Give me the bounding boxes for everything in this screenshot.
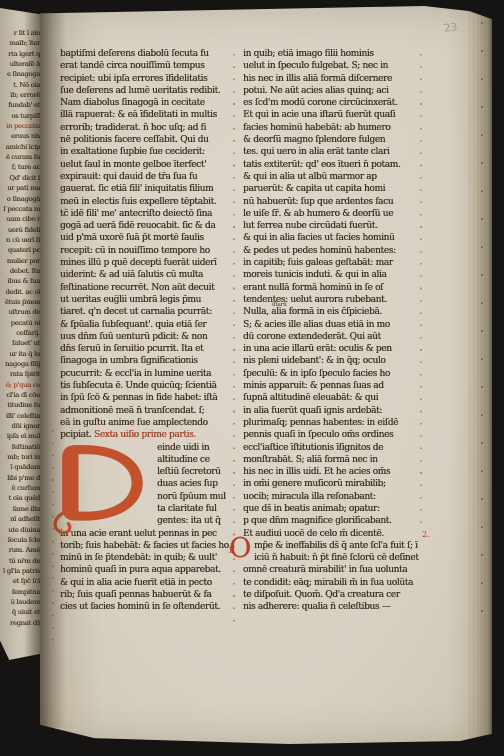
text-line: rib; ſuis quaſi pennas habuerūt & fa xyxy=(60,589,240,601)
text-line: expirauit: qui dauid de tr̄a ſua fu xyxy=(60,171,240,183)
text-line: paruerūt: & capita ut capita homi xyxy=(243,183,423,195)
text-line: einde uidi in xyxy=(157,442,240,454)
text-line: Et audiui uocē de celo m̄ dicentē. xyxy=(243,528,423,540)
text-line: eccl'iaſtice īſtitutionis īſignitos de xyxy=(243,442,423,454)
book-fore-edge xyxy=(466,6,492,744)
text-line: gogā ad uerā fidē reuocabit. ſic & da xyxy=(60,220,240,232)
text-line: tendentes: uelut aurora rubebant. xyxy=(243,294,423,306)
text-line: plurimaſq; pennas habentes: in eiſdē xyxy=(243,417,423,429)
text-line: ſue deſerens ad lumē ueritatis redibit. xyxy=(60,85,240,97)
text-line: monſtrabāt. S; aliā formā nec in xyxy=(243,454,423,466)
text-line: admonitionē meā n̄ tranſcendat. ſ; xyxy=(60,405,240,417)
margin-mark-2: 2. xyxy=(422,530,430,539)
initial-d xyxy=(53,440,155,536)
text-line: ſame illu xyxy=(0,504,40,514)
text-line: dū corone extendederāt. Qui aūt xyxy=(243,331,423,343)
text-line: uam cibo r xyxy=(0,214,40,224)
text-line: ū laudem xyxy=(0,597,40,607)
text-line: pcucurrit: & eccl'ia in lumine uerita xyxy=(60,368,240,380)
text-line: gentes: ita ut q̄ xyxy=(157,515,240,527)
text-line: moreis tunicis induti. & qui in alia xyxy=(243,269,423,281)
text-line: dn̄s ſeruū in ſeruitio pcurrit. Ita et xyxy=(60,343,240,355)
text-line: leſtiū ſecretorū xyxy=(157,466,240,478)
text-line: uid p'mā uxorē ſuā p̄t mortē ſaulis xyxy=(60,232,240,244)
text-line: ſempitna xyxy=(0,587,40,597)
text-line: nagoga filij xyxy=(0,359,40,369)
text-line: q̄ uiuit et xyxy=(0,607,40,617)
text-line: tis ſubſecuta ē. Unde quicūq; ſcientiā xyxy=(60,380,240,392)
text-line: duas acies ſup xyxy=(157,478,240,490)
text-line: nē politionis facere ceſſabit. Qui du xyxy=(60,134,240,146)
text-line: ſinagoga in umbra ſignificationis xyxy=(60,355,240,367)
text-line: & qui in alia facies ut facies hominū xyxy=(243,232,423,244)
text-column-right: O in quib; etiā imago filii hominisuelut… xyxy=(243,48,423,614)
manuscript-photo: r ſit ī aīomaīb; īterrta īgert qulteraſē… xyxy=(0,0,504,756)
text-line: dedit. ac oī xyxy=(0,287,40,297)
text-line: ō; p'qua ca xyxy=(0,380,40,390)
text-line: erat tandē circa nouiſſimū tempus xyxy=(60,60,240,72)
text-line: illā rapuerat: & eā īfidelitati in multi… xyxy=(60,109,240,121)
text-line: ta claritate ful xyxy=(157,503,240,515)
text-line: nis adherere: qualia n̄ celeſtibus — xyxy=(243,601,423,613)
folio-number: 23 xyxy=(443,21,458,35)
text-line: nī adheſit xyxy=(0,514,40,524)
text-line: rata ſpirit xyxy=(0,369,40,379)
text-segment: in peccatis xyxy=(6,122,40,130)
text-line: & qui in alia acie fuerīt etiā in pecto xyxy=(60,577,240,589)
text-line: norū ſpūum mul xyxy=(157,491,240,503)
text-line: quaterī pc xyxy=(0,245,40,255)
text-column-left: baptiſmi deſerens diabolū ſecuta fuerat … xyxy=(60,48,240,614)
text-line: mulier por xyxy=(0,256,40,266)
text-line: uelut ſaul in monte gelboe īterfect' xyxy=(60,159,240,171)
text-line: tc̄ idē fili' me' antecriſto deiectō ſin… xyxy=(60,208,240,220)
text-line: in peccatis xyxy=(0,121,40,131)
text-line: tū nr̄m de xyxy=(0,556,40,566)
text-line: lut ferrea nube circūdati fuerūt. xyxy=(243,220,423,232)
text-line: altitudine ce xyxy=(157,454,240,466)
text-line: n cū uerī fi xyxy=(0,235,40,245)
text-line: pennis quaſi in ſpeculo om̄s ordines xyxy=(243,429,423,441)
text-line: ſecula ſclo xyxy=(0,535,40,545)
text-line: ſpeculū: & in ipſo ſpeculo facies ho xyxy=(243,368,423,380)
text-line: erant nullā formā hominū in ſe oſ xyxy=(243,282,423,294)
text-line: ur patī ma xyxy=(0,183,40,193)
text-line: eā in guſtu anime ſue amplectendo xyxy=(60,417,240,429)
text-segment: ō; p'qua ca xyxy=(6,381,40,389)
text-line: libi p'me d xyxy=(0,473,40,483)
text-line: ib; errorē xyxy=(0,90,40,100)
text-line: ſupnā altitudinē eleuabāt: & qui xyxy=(243,392,423,404)
text-line: in exaltatione ſupbie ſue ceciderit: xyxy=(60,146,240,158)
text-line: ētuis p̄mon xyxy=(0,297,40,307)
text-line: le uiſe ſr̄. & ab humero & deorſū ue xyxy=(243,208,423,220)
interlinear-gloss: iſtarū xyxy=(272,302,287,308)
text-line: ſ peccata m xyxy=(0,204,40,214)
line-end-dots-gutter xyxy=(52,430,54,650)
text-line: te condidit: eāq; mirabili m̄ in ſua uol… xyxy=(243,577,423,589)
text-line: in ſpū ſcō & pennas in fide habet: iſtā xyxy=(60,392,240,404)
text-line: ī quādam xyxy=(0,462,40,472)
rubric: Sexta uiſio prime partis. xyxy=(94,430,196,440)
text-line: S; & acies ille alias duas etiā in mo xyxy=(243,319,423,331)
text-line: feſtinatiō xyxy=(0,442,40,452)
text-line: ē curſum xyxy=(0,483,40,493)
text-line: ibus & ſua xyxy=(0,276,40,286)
text-line: dn̄i ignor xyxy=(0,421,40,431)
text-line: rum. Amē xyxy=(0,545,40,555)
text-line: errorib; tradiderat. n̄ hoc uſq; ad fi xyxy=(60,122,240,134)
text-line: titudine ſu xyxy=(0,400,40,410)
text-line: tiaret. q'n decet ut carnalia pcurrāt: xyxy=(60,306,240,318)
text-line: cl'ia dī cōu xyxy=(0,390,40,400)
text-line: nū habuerūt: ſup que ardentes facu xyxy=(243,196,423,208)
text-line: t. Nō oīa xyxy=(0,80,40,90)
text-line: facies hominū habebāt: ab humero xyxy=(243,122,423,134)
text-line: t oīa quēd xyxy=(0,493,40,503)
text-line: in capitib; ſuis galeas geſtabāt: mar xyxy=(243,257,423,269)
text-line: mp̄e & ineffabilis ds̄ q̄ ante ſcl'a fui… xyxy=(254,540,423,552)
text-line: ut ueritas eug̅lii umbrā legis p̄mu xyxy=(60,294,240,306)
text-line: uſtrum de xyxy=(0,307,40,317)
text-line: Qd' dicit ſ xyxy=(0,173,40,183)
text-line: ute diuina xyxy=(0,525,40,535)
text-line: uelut in ſpeculo fulgebat. S; nec in xyxy=(243,60,423,72)
text-line: maīb; īter xyxy=(0,38,40,48)
text-line: ſaluet' ut xyxy=(0,338,40,348)
text-line: fundab' et xyxy=(0,100,40,110)
text-line: ur ita q̄ lu xyxy=(0,349,40,359)
text-line: gauerat. ſic etiā fili' iniquitatis fili… xyxy=(60,183,240,195)
text-line: recepit: cū in nouiſſimo tempore ho xyxy=(60,245,240,257)
text-line: ipſa eī mul xyxy=(0,431,40,441)
text-line: et ſpc̄ ſcī xyxy=(0,576,40,586)
text-line: minis apparuit: & pennas ſuas ad xyxy=(243,380,423,392)
text-line: meū in electis ſuis expellere tēptabit. xyxy=(60,196,240,208)
text-line: feſtinatione recurrēt. Non aūt decuit xyxy=(60,282,240,294)
text-line: in una acie illarū erāt: oculis & pen xyxy=(243,343,423,355)
text-line: his nec in illis aliā formā diſcernere xyxy=(243,73,423,85)
text-line: uiderint: & ad uiā ſalutis cū multa xyxy=(60,269,240,281)
text-line: illi' celeſtia xyxy=(0,411,40,421)
text-line: Nulla, alia formā in eis c̄ſpiciebā. xyxy=(243,306,423,318)
text-line: uocib; miracula illa reſonabant: xyxy=(243,491,423,503)
text-line: tatis extiterūt: qd' eos ītueri n̄ potam… xyxy=(243,159,423,171)
text-line: regnat ds̄ xyxy=(0,618,40,628)
text-line: his nec in illis uidi. Et he acies om̄s xyxy=(243,466,423,478)
text-line: hominū quaſi in pura aqua apparebat. xyxy=(60,564,240,576)
text-line: iciū n̄ habuit: n̄ p̄t finē ſclorū cē de… xyxy=(254,552,423,564)
text-line: debet. Ita xyxy=(0,266,40,276)
text-line: in alia fuerūt quaſi ignis ardebāt: xyxy=(243,405,423,417)
margin-mark-1: 1. xyxy=(228,546,236,555)
text-line: & qui in alia ut albū marmor ap xyxy=(243,171,423,183)
text-line: pecatū ni xyxy=(0,318,40,328)
text-line: te diſpoſuit. Quom̄. Qd'a creatura cer xyxy=(243,589,423,601)
text-line: rta īgert q xyxy=(0,49,40,59)
text-line: Et qui in acie una iſtarū fuerūt quaſi xyxy=(243,109,423,121)
text-line: uerū fideli xyxy=(0,225,40,235)
text-line: torib; ſuis habebāt: & facies ut facies … xyxy=(60,540,240,552)
facing-page-edge: r ſit ī aīomaīb; īterrta īgert qulteraſē… xyxy=(0,8,42,660)
text-line: ceſſarij. xyxy=(0,328,40,338)
text-segment: pcipiat. xyxy=(60,430,94,440)
text-line: & pedes ut pedes hominū habentes: xyxy=(243,245,423,257)
text-line: baptiſmi deſerens diabolū ſecuta fu xyxy=(60,48,240,60)
text-line: es ſcd'm modū corone circūcinxerāt. xyxy=(243,97,423,109)
text-line: tes. qui uero in alia erāt tante clari xyxy=(243,146,423,158)
text-line: e ſinagoga xyxy=(0,69,40,79)
text-line: omnē creaturā mirabilit' in ſua uolunta xyxy=(243,564,423,576)
text-line: nis pleni uidebant': & in q̄q; oculo xyxy=(243,355,423,367)
text-line: que ds̄ in beatis animab; opatur: xyxy=(243,503,423,515)
text-line: uus dn̄m ſuū uenturū pdicit: & non xyxy=(60,331,240,343)
text-line: & ſpūalia ſubſequant'. quia etiā ſer xyxy=(60,319,240,331)
text-line: o ſinagogā xyxy=(0,194,40,204)
text-line: eruus nīs xyxy=(0,131,40,141)
text-line: os turpiſſ xyxy=(0,111,40,121)
text-line: r ſit ī aīo xyxy=(0,28,40,38)
facing-page-text: r ſit ī aīomaīb; īterrta īgert qulteraſē… xyxy=(0,28,42,628)
text-line: potui. Ne aūt acies alias quinq; aci xyxy=(243,85,423,97)
text-line: amichi īcip xyxy=(0,142,40,152)
manuscript-page: 23 baptiſmi deſerens diabolū ſecuta fuer… xyxy=(40,6,492,744)
text-line: Nam diabolus ſinagogā in cecitate xyxy=(60,97,240,109)
text-line: cies ut facies hominū in ſe oſtenderūt. xyxy=(60,601,240,613)
text-line: in quib; etiā imago filii hominis xyxy=(243,48,423,60)
text-line: recipiet: ubi ipſa errores īfidelitatis xyxy=(60,73,240,85)
text-line: p que dn̄m magnifice glorificabant. xyxy=(243,515,423,527)
text-line: ī gl'ia patris xyxy=(0,566,40,576)
text-line: in om̄i genere muſicorū mirabilib; xyxy=(243,478,423,490)
text-line: ulteraſē ā xyxy=(0,59,40,69)
text-line: ē curam ſu xyxy=(0,152,40,162)
text-line: mines illū p quē decepti fuerāt uiderī xyxy=(60,257,240,269)
text-line: ſ; ture ac xyxy=(0,162,40,172)
text-line: minū in ſe p̄tendebāt: in quib; & uult' xyxy=(60,552,240,564)
text-line: mb; tori in xyxy=(0,452,40,462)
text-line: & deorſū magno ſplendore fulgen xyxy=(243,134,423,146)
